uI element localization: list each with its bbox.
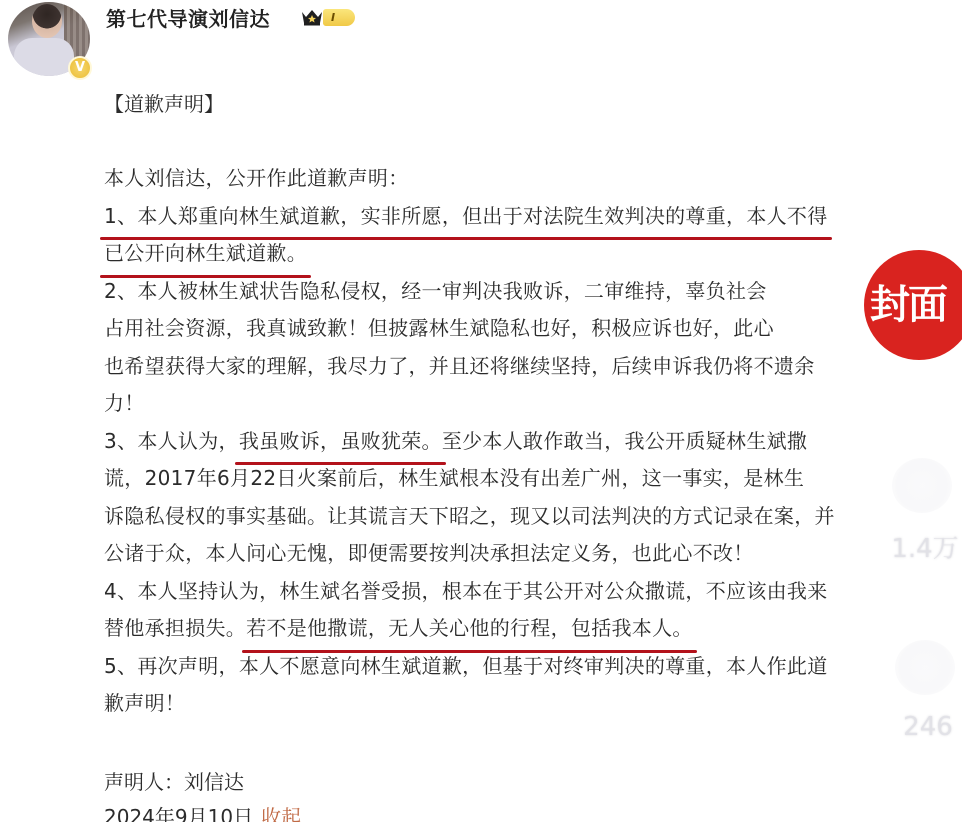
comment-count: 246 <box>893 712 962 742</box>
collapse-link[interactable]: 收起 <box>261 805 301 822</box>
statement-line: 已公开向林生斌道歉。 <box>104 235 944 273</box>
statement-text: 至少本人敢作敢当，我公开质疑林生斌撒 <box>442 429 807 453</box>
comment-icon[interactable] <box>895 640 955 695</box>
statement-line: 谎，2017年6月22日火案前后，林生斌根本没有出差广州，这一事实，是林生 <box>104 460 944 498</box>
date-line: 2024年9月10日收起 <box>104 801 301 822</box>
statement-text: 也希望获得大家的理解，我尽力了，并且还将继续坚持，后续申诉我仍将不遗余 <box>104 354 815 378</box>
statement-line: 5、再次声明，本人不愿意向林生斌道歉，但基于对终审判决的尊重，本人作此道 <box>104 648 944 686</box>
intro-line: 本人刘信达，公开作此道歉声明： <box>104 160 944 198</box>
avatar-figure-head <box>32 4 62 38</box>
statement-text: 诉隐私侵权的事实基础。让其谎言天下昭之，现又以司法判决的方式记录在案，并 <box>104 504 835 528</box>
statement-text: 2、本人被林生斌状告隐私侵权，经一审判决我败诉，二审维持，辜负社会 <box>104 279 767 303</box>
statement-lines: 1、本人郑重向林生斌道歉，实非所愿，但出于对法院生效判决的尊重，本人不得已公开向… <box>104 198 944 723</box>
crown-icon <box>300 8 324 26</box>
signer-line: 声明人：刘信达 <box>104 766 244 795</box>
statement-line: 3、本人认为，我虽败诉，虽败犹荣。至少本人敢作敢当，我公开质疑林生斌撒 <box>104 423 944 461</box>
highlighted-text: 若不是他撒谎，无人关心他的行程，包括我本人。 <box>246 610 693 648</box>
statement-line: 也希望获得大家的理解，我尽力了，并且还将继续坚持，后续申诉我仍将不遗余 <box>104 348 944 386</box>
member-level-badge[interactable]: I <box>323 9 355 26</box>
share-count: 1.4万 <box>890 528 960 565</box>
statement-line: 力！ <box>104 385 944 423</box>
post-date: 2024年9月10日 <box>104 805 253 822</box>
verified-v-icon: V <box>68 56 92 80</box>
statement-line: 1、本人郑重向林生斌道歉，实非所愿，但出于对法院生效判决的尊重，本人不得 <box>104 198 944 236</box>
post-body: 本人刘信达，公开作此道歉声明： 1、本人郑重向林生斌道歉，实非所愿，但出于对法院… <box>104 160 944 723</box>
statement-line: 替他承担损失。若不是他撒谎，无人关心他的行程，包括我本人。 <box>104 610 944 648</box>
statement-line: 歉声明！ <box>104 685 944 723</box>
statement-text: 5、再次声明，本人不愿意向林生斌道歉，但基于对终审判决的尊重，本人作此道 <box>104 654 828 678</box>
post-title: 【道歉声明】 <box>104 88 224 117</box>
statement-text: 力！ <box>104 391 145 415</box>
statement-text: 公诸于众，本人问心无愧，即便需要按判决承担法定义务，也此心不改！ <box>104 541 754 565</box>
highlighted-text: 1、本人郑重向林生斌道歉，实非所愿，但出于对法院生效判决的尊重，本人不得 <box>104 198 828 236</box>
statement-line: 4、本人坚持认为，林生斌名誉受损，根本在于其公开对公众撒谎，不应该由我来 <box>104 573 944 611</box>
highlighted-text: 我虽败诉，虽败犹荣。 <box>239 423 442 461</box>
statement-text: 4、本人坚持认为，林生斌名誉受损，根本在于其公开对公众撒谎，不应该由我来 <box>104 579 828 603</box>
statement-line: 公诸于众，本人问心无愧，即便需要按判决承担法定义务，也此心不改！ <box>104 535 944 573</box>
highlighted-text: 已公开向林生斌道歉。 <box>104 235 307 273</box>
statement-line: 诉隐私侵权的事实基础。让其谎言天下昭之，现又以司法判决的方式记录在案，并 <box>104 498 944 536</box>
statement-line: 2、本人被林生斌状告隐私侵权，经一审判决我败诉，二审维持，辜负社会 <box>104 273 944 311</box>
statement-text: 替他承担损失。 <box>104 616 246 640</box>
statement-text: 3、本人认为， <box>104 429 239 453</box>
statement-text: 歉声明！ <box>104 691 185 715</box>
statement-text: 占用社会资源，我真诚致歉！但披露林生斌隐私也好，积极应诉也好，此心 <box>104 316 774 340</box>
author-name[interactable]: 第七代导演刘信达 <box>106 3 270 32</box>
avatar-figure-body <box>14 38 74 76</box>
share-icon[interactable] <box>892 458 952 513</box>
statement-line: 占用社会资源，我真诚致歉！但披露林生斌隐私也好，积极应诉也好，此心 <box>104 310 944 348</box>
statement-text: 谎，2017年6月22日火案前后，林生斌根本没有出差广州，这一事实，是林生 <box>104 466 804 490</box>
